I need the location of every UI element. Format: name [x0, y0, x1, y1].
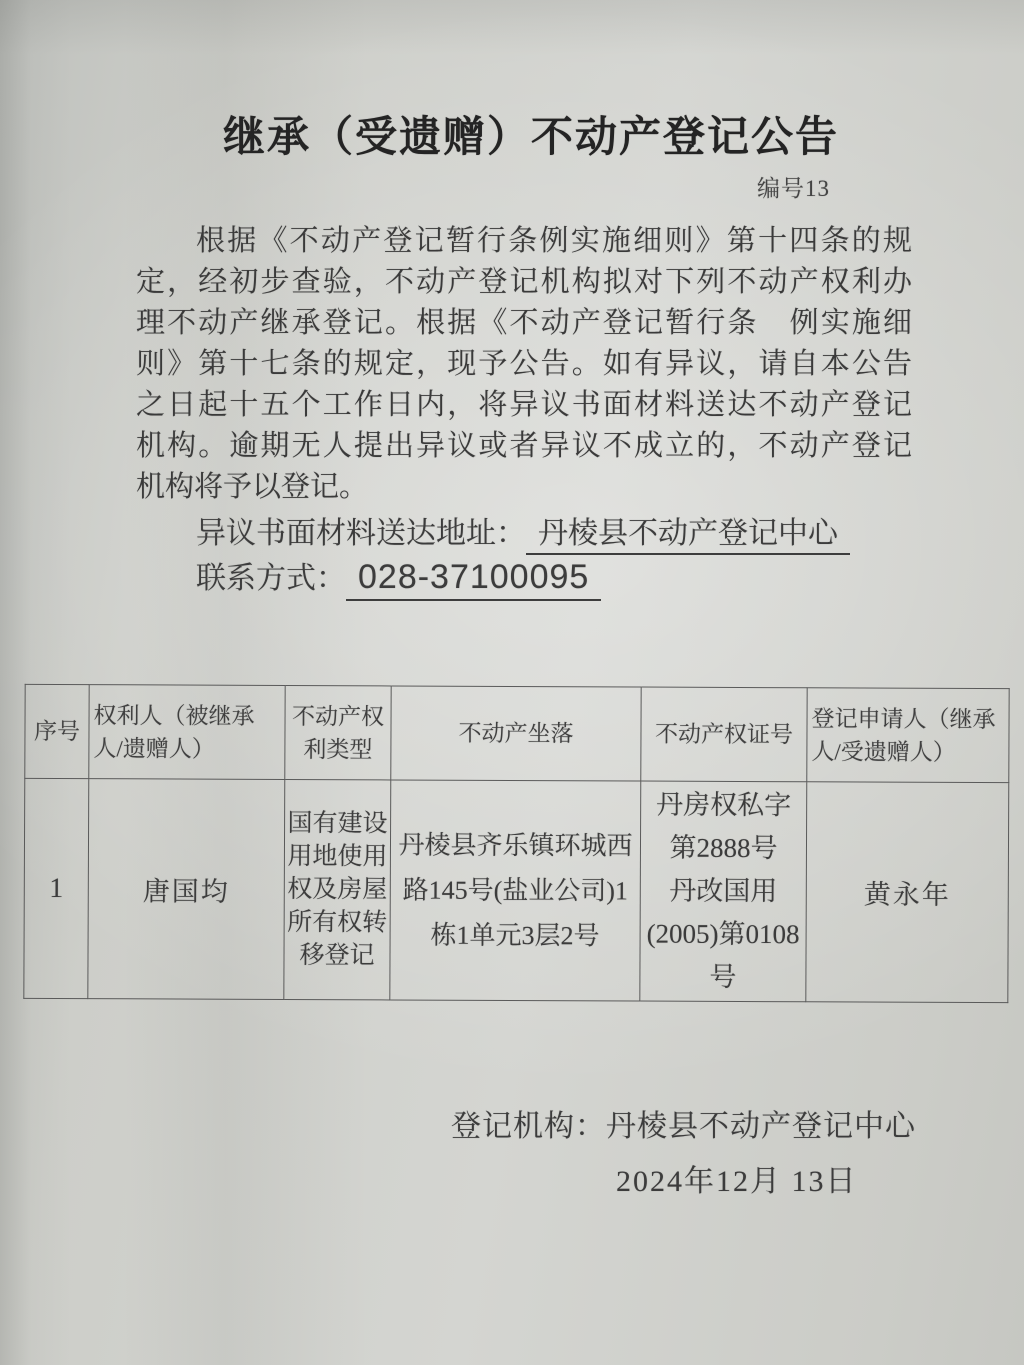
body-line: 机构。逾期无人提出异议或者异议不成立的，不动产登记	[136, 426, 912, 467]
col-header-cert-no: 不动产权证号	[641, 687, 807, 782]
contact-line: 联系方式：028-37100095	[196, 553, 601, 597]
cert-line-1: 丹房权私字第2888号	[644, 784, 803, 871]
cell-right-type: 国有建设用地使用权及房屋所有权转移登记	[284, 779, 391, 999]
address-label: 异议书面材料送达地址：	[196, 517, 526, 550]
document-photo: 继承（受遗赠）不动产登记公告 编号13 根据《不动产登记暂行条例实施细则》第十四…	[0, 0, 1024, 1365]
address-value: 丹棱县不动产登记中心	[526, 517, 850, 555]
cell-seq: 1	[24, 778, 89, 998]
col-header-holder: 权利人（被继承人/遗赠人）	[89, 685, 285, 780]
body-line: 定，经初步查验，不动产登记机构拟对下列不动产权利办	[136, 262, 912, 303]
announcement-body: 根据《不动产登记暂行条例实施细则》第十四条的规 定，经初步查验，不动产登记机构拟…	[136, 221, 912, 508]
cell-cert-no: 丹房权私字第2888号 丹改国用(2005)第0108号	[640, 781, 807, 1002]
body-line: 机构将予以登记。	[136, 467, 912, 508]
body-line: 根据《不动产登记暂行条例实施细则》第十四条的规	[136, 221, 912, 262]
col-header-seq: 序号	[25, 684, 89, 778]
org-label: 登记机构：	[451, 1110, 606, 1143]
body-line: 理不动产继承登记。根据《不动产登记暂行条 例实施细	[136, 303, 912, 344]
registration-org-line: 登记机构：丹棱县不动产登记中心	[451, 1101, 916, 1145]
announcement-date: 2024年12月 13日	[616, 1156, 858, 1200]
col-header-right-type: 不动产权利类型	[285, 685, 391, 779]
contact-value: 028-37100095	[346, 558, 601, 601]
col-header-applicant: 登记申请人（继承人/受遗赠人）	[807, 688, 1009, 783]
contact-label: 联系方式：	[196, 562, 346, 595]
table-row: 1 唐国均 国有建设用地使用权及房屋所有权转移登记 丹棱县齐乐镇环城西路145号…	[24, 778, 1009, 1002]
registration-table: 序号 权利人（被继承人/遗赠人） 不动产权利类型 不动产坐落 不动产权证号 登记…	[23, 684, 1008, 1003]
org-value: 丹棱县不动产登记中心	[606, 1110, 916, 1143]
table: 序号 权利人（被继承人/遗赠人） 不动产权利类型 不动产坐落 不动产权证号 登记…	[23, 684, 1009, 1003]
cert-line-2: 丹改国用(2005)第0108号	[643, 870, 803, 1000]
dissent-address-line: 异议书面材料送达地址：丹棱县不动产登记中心	[196, 508, 850, 552]
doc-number: 编号13	[757, 170, 830, 203]
table-header-row: 序号 权利人（被继承人/遗赠人） 不动产权利类型 不动产坐落 不动产权证号 登记…	[25, 684, 1009, 782]
cell-applicant: 黄永年	[806, 782, 1009, 1003]
body-line: 则》第十七条的规定，现予公告。如有异议，请自本公告	[136, 344, 912, 385]
col-header-location: 不动产坐落	[391, 686, 641, 781]
cell-location: 丹棱县齐乐镇环城西路145号(盐业公司)1栋1单元3层2号	[390, 780, 641, 1001]
cell-holder: 唐国均	[88, 779, 285, 1000]
document-title: 继承（受遗赠）不动产登记公告	[0, 104, 1024, 164]
body-line: 之日起十五个工作日内，将异议书面材料送达不动产登记	[136, 385, 912, 426]
